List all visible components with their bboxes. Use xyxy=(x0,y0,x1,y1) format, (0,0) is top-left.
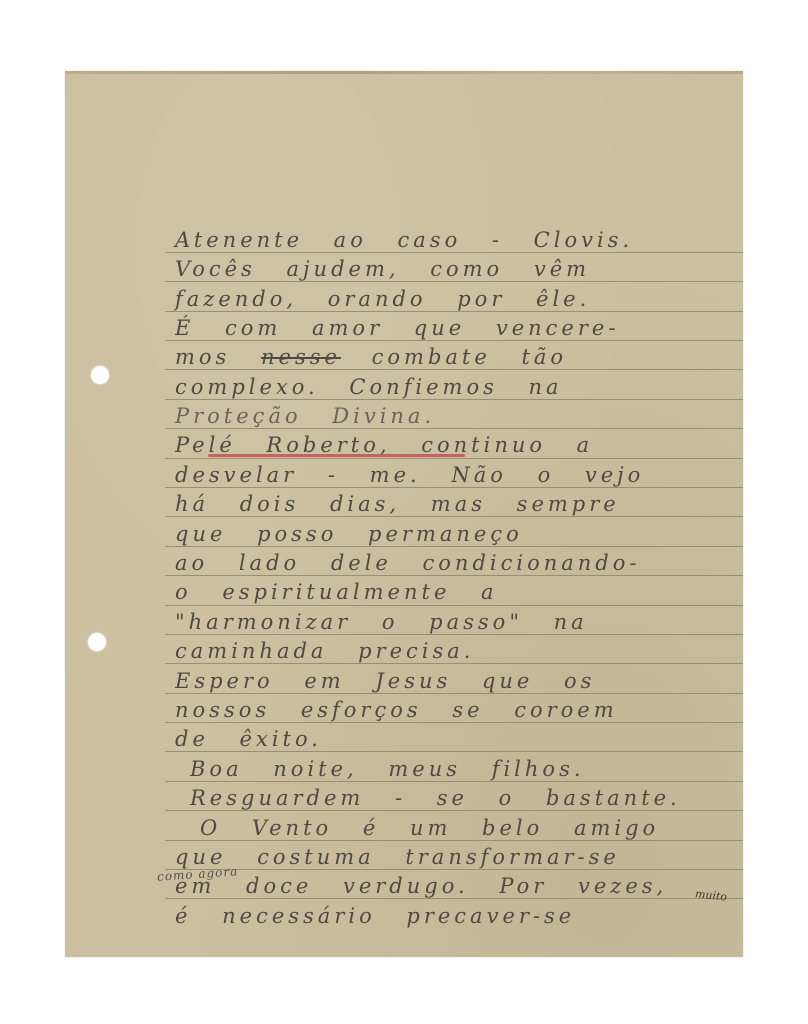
hole-punch-bottom xyxy=(88,633,106,651)
text-line: Atenente ao caso - Clovis. xyxy=(175,226,743,255)
text-line: que costuma transformar-se xyxy=(175,843,743,872)
struck-word: nesse xyxy=(261,345,341,369)
text-line: Vocês ajudem, como vêm xyxy=(175,255,743,284)
text-line: de êxito. xyxy=(175,725,743,754)
text-line: em doce verdugo. Por vezes, xyxy=(175,872,743,901)
paper-edge xyxy=(65,71,743,74)
letter-page: Atenente ao caso - Clovis. Vocês ajudem,… xyxy=(65,71,743,957)
text-line: Boa noite, meus filhos. xyxy=(190,755,758,784)
red-underline xyxy=(208,454,465,457)
text-line: É com amor que vencere- xyxy=(175,314,743,343)
text-line: complexo. Confiemos na xyxy=(175,373,743,402)
text-line: que posso permaneço xyxy=(175,520,743,549)
text-line: ao lado dele condicionando- xyxy=(175,549,743,578)
text-line: Espero em Jesus que os xyxy=(175,667,743,696)
text-line: mos nesse combate tão xyxy=(175,343,743,372)
text-line: Proteção Divina. xyxy=(175,402,743,431)
text-line: fazendo, orando por êle. xyxy=(175,285,743,314)
text-line: Resguardem - se o bastante. xyxy=(190,784,758,813)
text-line: "harmonizar o passo" na xyxy=(175,608,743,637)
text-line: há dois dias, mas sempre xyxy=(175,490,743,519)
text-line: caminhada precisa. xyxy=(175,637,743,666)
hole-punch-top xyxy=(91,366,109,384)
text-line: o espiritualmente a xyxy=(175,578,743,607)
text-line: nossos esforços se coroem xyxy=(175,696,743,725)
text-line: é necessário precaver-se xyxy=(175,902,743,931)
text-line: O Vento é um belo amigo xyxy=(200,814,768,843)
text-line: desvelar - me. Não o vejo xyxy=(175,461,743,490)
